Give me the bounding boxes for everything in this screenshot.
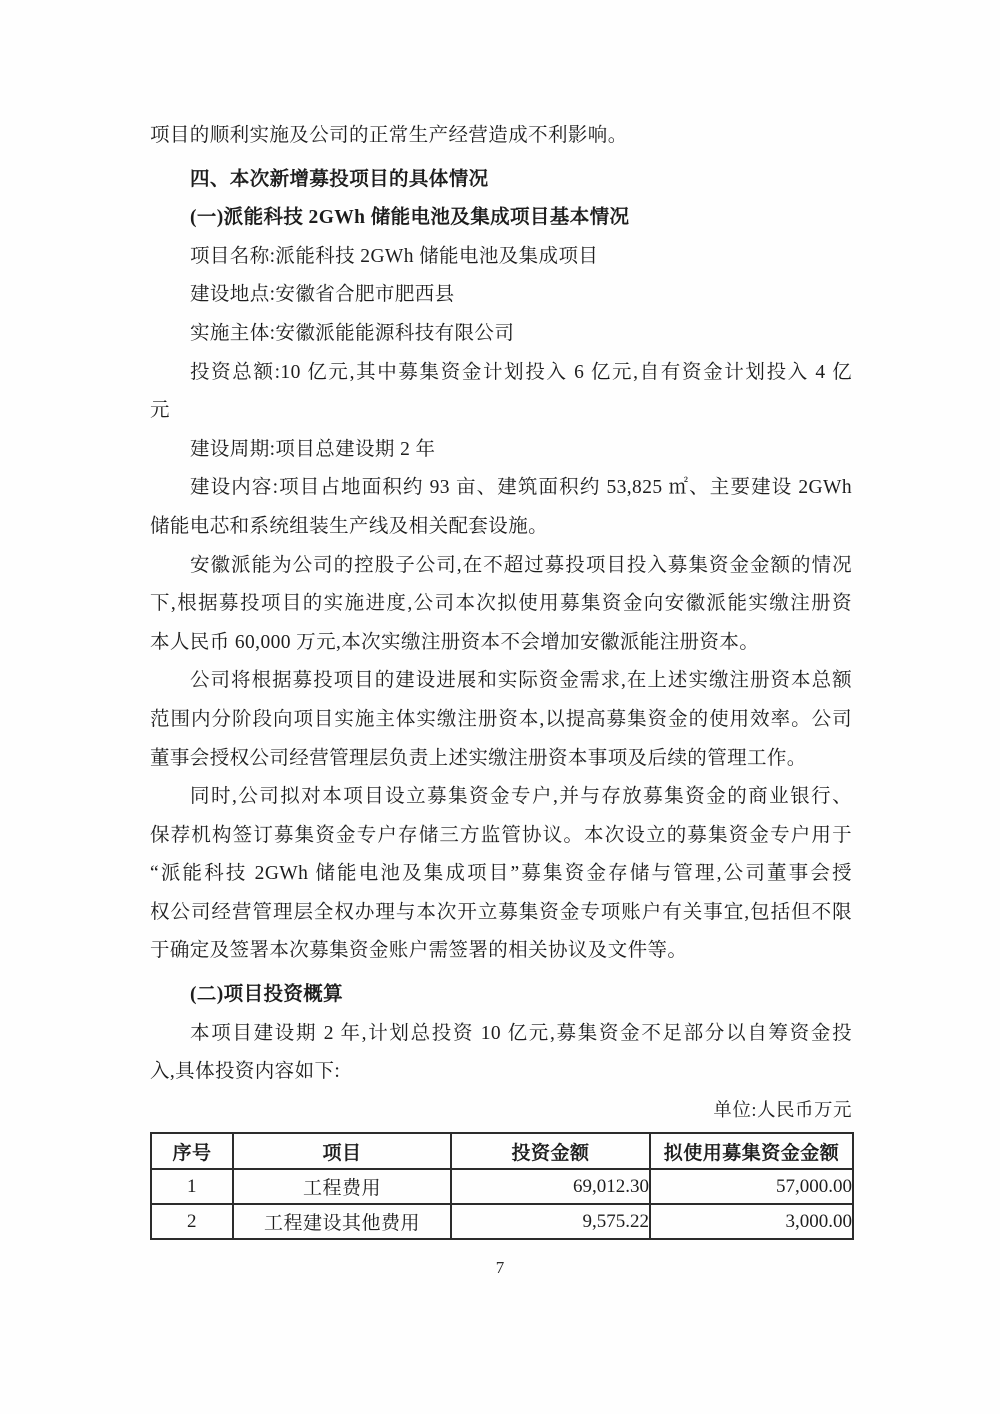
table-header-index: 序号 xyxy=(151,1133,233,1169)
paragraph-line: 安徽派能为公司的控股子公司,在不超过募投项目投入募集资金金额的情况 xyxy=(150,547,852,586)
table-cell-amount: 9,575.22 xyxy=(451,1204,650,1239)
table-cell-index: 1 xyxy=(151,1169,233,1204)
paragraph-line: 同时,公司拟对本项目设立募集资金专户,并与存放募集资金的商业银行、 xyxy=(150,778,852,817)
paragraph-line: 储能电芯和系统组装生产线及相关配套设施。 xyxy=(150,508,852,547)
investment-table: 序号 项目 投资金额 拟使用募集资金金额 1 工程费用 69,012.30 57… xyxy=(150,1132,854,1240)
table-unit-note: 单位:人民币万元 xyxy=(150,1098,852,1125)
page-number: 7 xyxy=(0,1258,1000,1278)
field-line-location: 建设地点:安徽省合肥市肥西县 xyxy=(150,276,852,315)
table-cell-amount: 69,012.30 xyxy=(451,1169,650,1204)
table-header-amount: 投资金额 xyxy=(451,1133,650,1169)
subsection-heading: (二)项目投资概算 xyxy=(150,976,852,1015)
table-cell-index: 2 xyxy=(151,1204,233,1239)
paragraph-line: “派能科技 2GWh 储能电池及集成项目”募集资金存储与管理,公司董事会授 xyxy=(150,855,852,894)
subsection-heading: (一)派能科技 2GWh 储能电池及集成项目基本情况 xyxy=(150,199,852,238)
document-page: 项目的顺利实施及公司的正常生产经营造成不利影响。 四、本次新增募投项目的具体情况… xyxy=(0,0,1000,1414)
paragraph-line: 保荐机构签订募集资金专户存储三方监管协议。本次设立的募集资金专户用于 xyxy=(150,817,852,856)
paragraph-line: 本项目建设期 2 年,计划总投资 10 亿元,募集资金不足部分以自筹资金投 xyxy=(150,1015,852,1054)
paragraph-line: 下,根据募投项目的实施进度,公司本次拟使用募集资金向安徽派能实缴注册资 xyxy=(150,585,852,624)
field-line-period: 建设周期:项目总建设期 2 年 xyxy=(150,431,852,470)
paragraph-line: 入,具体投资内容如下: xyxy=(150,1053,852,1092)
paragraph-line: 范围内分阶段向项目实施主体实缴注册资本,以提高募集资金的使用效率。公司 xyxy=(150,701,852,740)
field-line-entity: 实施主体:安徽派能能源科技有限公司 xyxy=(150,315,852,354)
paragraph-line: 项目的顺利实施及公司的正常生产经营造成不利影响。 xyxy=(150,117,852,156)
table-row: 1 工程费用 69,012.30 57,000.00 xyxy=(151,1169,853,1204)
paragraph-line: 权公司经营管理层全权办理与本次开立募集资金专项账户有关事宜,包括但不限 xyxy=(150,894,852,933)
text-body: 项目的顺利实施及公司的正常生产经营造成不利影响。 四、本次新增募投项目的具体情况… xyxy=(150,117,852,1092)
table-cell-raised: 57,000.00 xyxy=(650,1169,853,1204)
table-header-item: 项目 xyxy=(233,1133,451,1169)
paragraph-line: 公司将根据募投项目的建设进展和实际资金需求,在上述实缴注册资本总额 xyxy=(150,662,852,701)
table-row: 2 工程建设其他费用 9,575.22 3,000.00 xyxy=(151,1204,853,1239)
field-line-investment: 投资总额:10 亿元,其中募集资金计划投入 6 亿元,自有资金计划投入 4 亿 xyxy=(150,354,852,393)
section-heading: 四、本次新增募投项目的具体情况 xyxy=(150,161,852,200)
table-header-row: 序号 项目 投资金额 拟使用募集资金金额 xyxy=(151,1133,853,1169)
paragraph-line: 元 xyxy=(150,392,852,431)
table-cell-item: 工程建设其他费用 xyxy=(233,1204,451,1239)
paragraph-line: 董事会授权公司经营管理层负责上述实缴注册资本事项及后续的管理工作。 xyxy=(150,740,852,779)
investment-table-block: 单位:人民币万元 序号 项目 投资金额 拟使用募集资金金额 1 工程费用 xyxy=(150,1098,852,1240)
field-line-project-name: 项目名称:派能科技 2GWh 储能电池及集成项目 xyxy=(150,238,852,277)
paragraph-line: 于确定及签署本次募集资金账户需签署的相关协议及文件等。 xyxy=(150,932,852,971)
table-header-raised: 拟使用募集资金金额 xyxy=(650,1133,853,1169)
paragraph-line: 本人民币 60,000 万元,本次实缴注册资本不会增加安徽派能注册资本。 xyxy=(150,624,852,663)
table-cell-item: 工程费用 xyxy=(233,1169,451,1204)
field-line-content: 建设内容:项目占地面积约 93 亩、建筑面积约 53,825 ㎡、主要建设 2G… xyxy=(150,469,852,508)
table-cell-raised: 3,000.00 xyxy=(650,1204,853,1239)
